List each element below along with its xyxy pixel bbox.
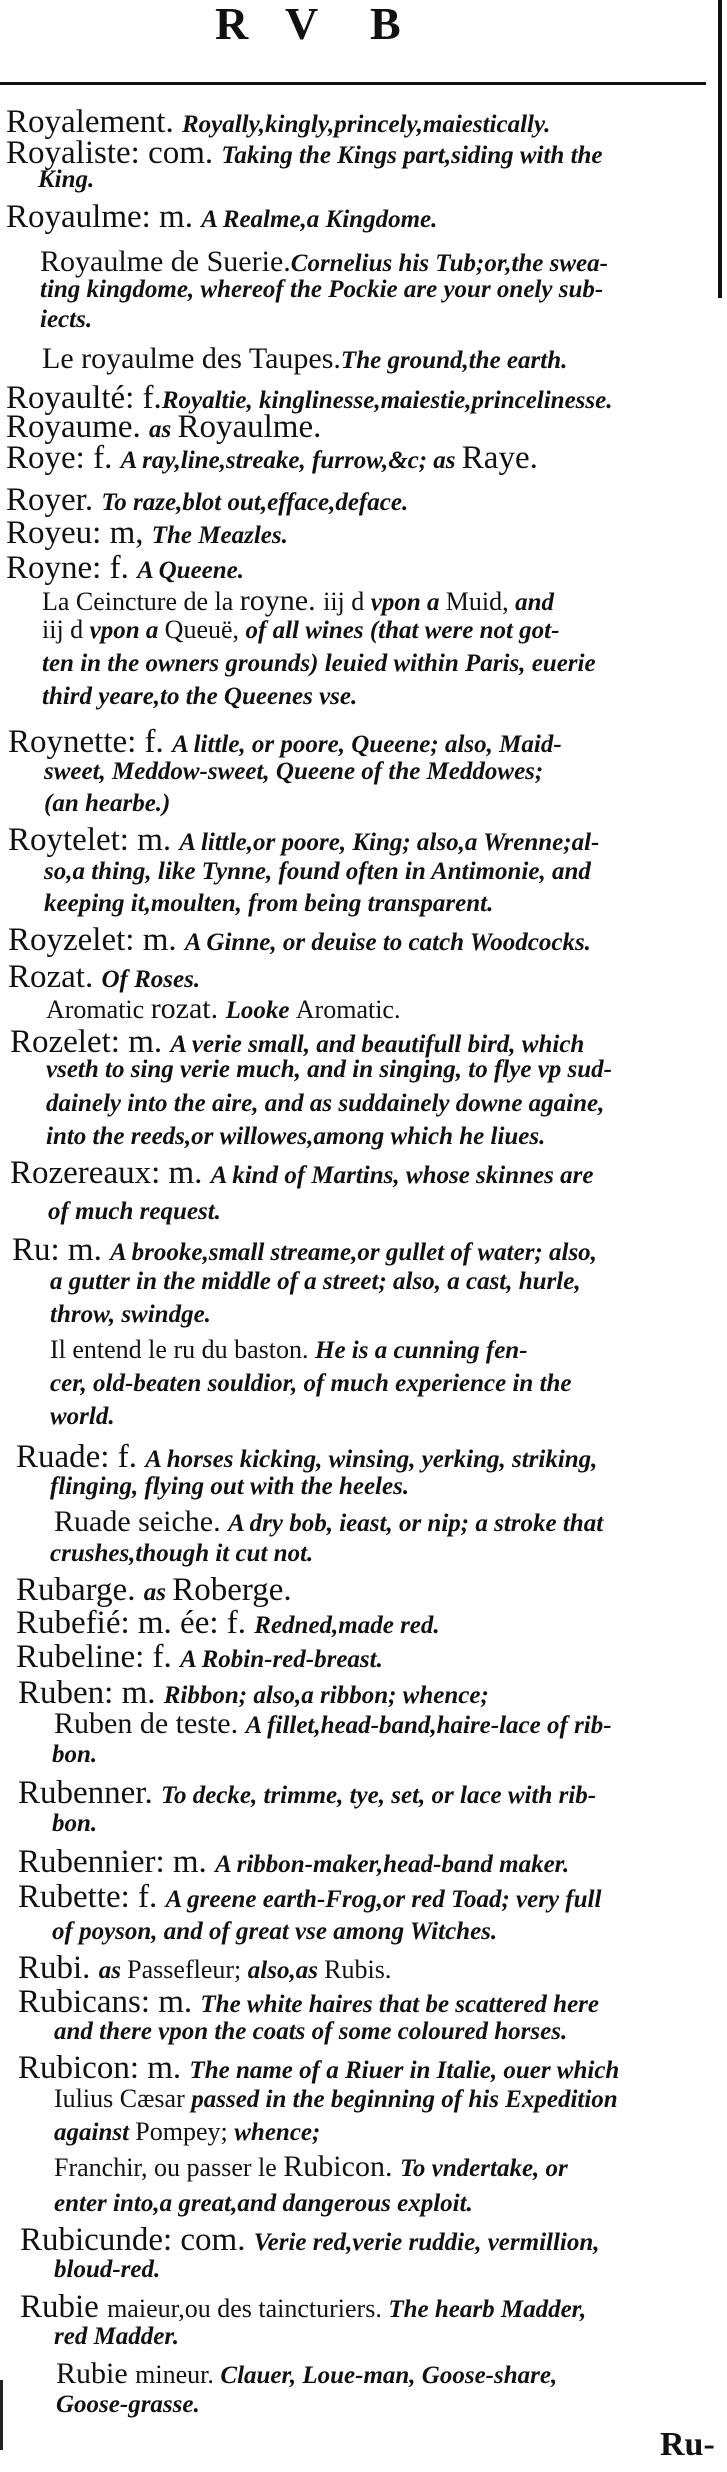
definition-text: keeping it,moulten, from being transpare… bbox=[44, 890, 493, 917]
headword: Rozat. bbox=[8, 959, 101, 995]
definition-text: of much request. bbox=[48, 1198, 221, 1225]
definition-text: vseth to sing verie much, and in singing… bbox=[46, 1056, 612, 1083]
headword: Royne: f. bbox=[6, 550, 137, 586]
dictionary-line: Roytelet: m. A little,or poore, King; al… bbox=[8, 824, 599, 857]
french-text: iij d bbox=[323, 587, 371, 616]
definition-text: as bbox=[144, 1579, 172, 1606]
french-text: Franchir, ou passer le bbox=[54, 2153, 283, 2182]
definition-text: A fillet,head-band,haire-lace of rib- bbox=[246, 1712, 612, 1739]
dictionary-line: Ruben: m. Ribbon; also,a ribbon; whence; bbox=[18, 1677, 489, 1710]
dictionary-line: bon. bbox=[52, 1811, 97, 1836]
french-text: Queuë, bbox=[165, 615, 246, 644]
dictionary-line: Rubefié: m. ée: f. Redned,made red. bbox=[16, 1607, 440, 1640]
definition-text: The ground,the earth. bbox=[341, 347, 567, 374]
running-head-letter: V bbox=[285, 2, 318, 46]
definition-text: and bbox=[515, 589, 554, 616]
dictionary-line: keeping it,moulten, from being transpare… bbox=[44, 891, 493, 916]
definition-text: A ribbon-maker,head-band maker. bbox=[215, 1851, 569, 1878]
dictionary-line: iects. bbox=[40, 307, 92, 332]
definition-text: A little,or poore, King; also,a Wrenne;a… bbox=[179, 829, 599, 856]
french-text: Aromatic. bbox=[296, 995, 401, 1024]
dictionary-line: Rubennier: m. A ribbon-maker,head-band m… bbox=[18, 1846, 569, 1879]
definition-text: bon. bbox=[52, 1741, 97, 1768]
dictionary-line: sweet, Meddow-sweet, Queene of the Meddo… bbox=[44, 759, 543, 784]
dictionary-line: bloud-red. bbox=[54, 2257, 160, 2282]
definition-text: Looke bbox=[226, 997, 296, 1024]
dictionary-line: of poyson, and of great vse among Witche… bbox=[52, 1919, 497, 1944]
definition-text: of poyson, and of great vse among Witche… bbox=[52, 1918, 497, 1945]
definition-text: A greene earth-Frog,or red Toad; very fu… bbox=[166, 1886, 602, 1913]
headword: Royzelet: m. bbox=[8, 922, 185, 958]
headword: Rubeline: f. bbox=[16, 1639, 180, 1675]
definition-text: A horses kicking, winsing, yerking, stri… bbox=[145, 1446, 597, 1473]
definition-text: Royally,kingly,princely,maiestically. bbox=[182, 111, 550, 138]
dictionary-line: Ruade: f. A horses kicking, winsing, yer… bbox=[16, 1441, 597, 1474]
headword: Rubefié: m. ée: f. bbox=[16, 1605, 254, 1641]
definition-text: He is a cunning fen- bbox=[315, 1337, 528, 1364]
dictionary-line: Rubicans: m. The white haires that be sc… bbox=[18, 1986, 599, 2019]
headword: rozat. bbox=[151, 992, 226, 1025]
definition-text: enter into,a great,and dangerous exploit… bbox=[54, 2190, 473, 2217]
dictionary-line: Ruben de teste. A fillet,head-band,haire… bbox=[54, 1709, 612, 1739]
dictionary-page: R V B Royalement. Royally,kingly,princel… bbox=[0, 0, 727, 2472]
definition-text: A dry bob, ieast, or nip; a stroke that bbox=[228, 1510, 603, 1537]
headword: Raye. bbox=[462, 440, 538, 476]
definition-text: into the reeds,or willowes,among which h… bbox=[46, 1123, 545, 1150]
definition-text: so,a thing, like Tynne, found often in A… bbox=[44, 858, 591, 885]
definition-text: King. bbox=[38, 166, 94, 193]
dictionary-line: Iulius Cæsar passed in the beginning of … bbox=[54, 2086, 618, 2112]
definition-text: A Queene. bbox=[137, 557, 244, 584]
definition-text: whence; bbox=[234, 2119, 320, 2146]
dictionary-line: cer, old-beaten souldior, of much experi… bbox=[50, 1371, 572, 1396]
definition-text: A kind of Martins, whose skinnes are bbox=[211, 1162, 594, 1189]
dictionary-line: Roye: f. A ray,line,streake, furrow,&c; … bbox=[6, 442, 538, 475]
definition-text: Clauer, Loue-man, Goose-share, bbox=[220, 2362, 557, 2389]
headword: Royaulme de Suerie. bbox=[40, 245, 291, 278]
dictionary-line: flinging, flying out with the heeles. bbox=[50, 1474, 409, 1499]
definition-text: Of Roses. bbox=[101, 966, 200, 993]
french-text: Pompey; bbox=[135, 2117, 234, 2146]
dictionary-line: Rubeline: f. A Robin-red-breast. bbox=[16, 1641, 383, 1674]
dictionary-line: of much request. bbox=[48, 1199, 221, 1224]
french-text: Iulius Cæsar bbox=[54, 2084, 191, 2113]
french-text: maieur,ou des taincturiers. bbox=[107, 2294, 388, 2323]
definition-text: Cornelius his Tub;or,the swea- bbox=[291, 250, 608, 277]
catchword: Ru- bbox=[660, 2428, 715, 2462]
dictionary-line: Royeu: m, The Meazles. bbox=[6, 517, 288, 550]
dictionary-line: world. bbox=[50, 1404, 115, 1429]
definition-text: A brooke,small streame,or gullet of wate… bbox=[110, 1239, 597, 1266]
running-head: R V B bbox=[200, 2, 420, 46]
dictionary-line: throw, swindge. bbox=[50, 1302, 211, 1327]
dictionary-line: and there vpon the coats of some coloure… bbox=[54, 2019, 567, 2044]
headword: Ruben de teste. bbox=[54, 1707, 246, 1740]
definition-text: against bbox=[54, 2119, 135, 2146]
definition-text: A ray,line,streake, furrow,&c; as bbox=[121, 447, 462, 474]
dictionary-line: Rozereaux: m. A kind of Martins, whose s… bbox=[10, 1157, 593, 1190]
headword: Royaulme. bbox=[177, 409, 321, 445]
dictionary-line: Franchir, ou passer le Rubicon. To vnder… bbox=[54, 2152, 568, 2182]
dictionary-line: vseth to sing verie much, and in singing… bbox=[46, 1057, 612, 1082]
dictionary-line: Rubicon: m. The name of a Riuer in Itali… bbox=[18, 2052, 619, 2085]
definition-text: A Ginne, or deuise to catch Woodcocks. bbox=[185, 929, 591, 956]
page-edge-left bbox=[0, 2380, 3, 2450]
definition-text: The name of a Riuer in Italie, ouer whic… bbox=[189, 2057, 619, 2084]
definition-text: bon. bbox=[52, 1810, 97, 1837]
definition-text: To raze,blot out,efface,deface. bbox=[101, 489, 408, 516]
french-text: Muid, bbox=[446, 587, 515, 616]
dictionary-line: Rozelet: m. A verie small, and beautiful… bbox=[10, 1026, 584, 1059]
dictionary-line: iij d vpon a Queuë, of all wines (that w… bbox=[42, 617, 559, 643]
definition-text: A verie small, and beautifull bird, whic… bbox=[170, 1031, 584, 1058]
definition-text: crushes,though it cut not. bbox=[50, 1540, 313, 1567]
headword: Roye: f. bbox=[6, 440, 121, 476]
french-text: Il entend le ru du baston. bbox=[50, 1335, 315, 1364]
header-rule bbox=[0, 82, 706, 85]
french-text: La Ceincture de la bbox=[42, 587, 240, 616]
dictionary-line: bon. bbox=[52, 1742, 97, 1767]
headword: Rubicon. bbox=[283, 2150, 400, 2183]
headword: Roynette: f. bbox=[8, 724, 172, 760]
headword: Rubicans: m. bbox=[18, 1984, 200, 2020]
definition-text: iects. bbox=[40, 306, 92, 333]
definition-text: A Robin-red-breast. bbox=[180, 1646, 383, 1673]
definition-text: dainely into the aire, and as suddainely… bbox=[46, 1090, 604, 1117]
definition-text: as bbox=[99, 1957, 127, 1984]
page-edge-right bbox=[718, 0, 722, 298]
dictionary-line: La Ceincture de la royne. iij d vpon a M… bbox=[42, 586, 554, 616]
definition-text: A little, or poore, Queene; also, Maid- bbox=[172, 731, 562, 758]
dictionary-line: a gutter in the middle of a street; also… bbox=[50, 1269, 581, 1294]
dictionary-line: Rubarge. as Roberge. bbox=[16, 1574, 292, 1607]
headword: Roberge. bbox=[172, 1572, 291, 1608]
definition-text: Taking the Kings part,siding with the bbox=[221, 142, 602, 169]
headword: Rozereaux: m. bbox=[10, 1155, 211, 1191]
definition-text: sweet, Meddow-sweet, Queene of the Meddo… bbox=[44, 758, 543, 785]
dictionary-line: into the reeds,or willowes,among which h… bbox=[46, 1124, 545, 1149]
dictionary-line: (an hearbe.) bbox=[44, 791, 170, 816]
dictionary-line: red Madder. bbox=[54, 2324, 179, 2349]
headword: Ruade: f. bbox=[16, 1439, 145, 1475]
dictionary-line: Rubicunde: com. Verie red,verie ruddie, … bbox=[20, 2224, 600, 2257]
definition-text: of all wines (that were not got- bbox=[246, 617, 560, 644]
headword: Rubicunde: com. bbox=[20, 2222, 254, 2258]
french-text: iij d bbox=[42, 615, 90, 644]
dictionary-line: Roynette: f. A little, or poore, Queene;… bbox=[8, 726, 562, 759]
headword: Rozelet: m. bbox=[10, 1024, 170, 1060]
dictionary-line: King. bbox=[38, 167, 94, 192]
definition-text: and there vpon the coats of some coloure… bbox=[54, 2018, 567, 2045]
headword: Rubarge. bbox=[16, 1572, 144, 1608]
dictionary-line: enter into,a great,and dangerous exploit… bbox=[54, 2191, 473, 2216]
definition-text: passed in the beginning of his Expeditio… bbox=[191, 2086, 617, 2113]
definition-text: ting kingdome, whereof the Pockie are yo… bbox=[40, 276, 603, 303]
dictionary-line: Rubette: f. A greene earth-Frog,or red T… bbox=[18, 1881, 601, 1914]
french-text: Aromatic bbox=[46, 995, 151, 1024]
definition-text: To vndertake, or bbox=[400, 2155, 568, 2182]
headword: Royeu: m, bbox=[6, 515, 152, 551]
headword: Royer. bbox=[6, 482, 101, 518]
headword: Rubennier: m. bbox=[18, 1844, 215, 1880]
definition-text: world. bbox=[50, 1403, 115, 1430]
dictionary-line: Royer. To raze,blot out,efface,deface. bbox=[6, 484, 408, 517]
definition-text: bloud-red. bbox=[54, 2256, 160, 2283]
headword: Le royaulme des Taupes. bbox=[42, 342, 341, 375]
dictionary-line: Ru: m. A brooke,small streame,or gullet … bbox=[12, 1234, 597, 1267]
dictionary-line: Royne: f. A Queene. bbox=[6, 552, 244, 585]
dictionary-line: third yeare,to the Queenes vse. bbox=[42, 684, 357, 709]
french-text: Rubis. bbox=[324, 1955, 391, 1984]
definition-text: A Realme,a Kingdome. bbox=[201, 206, 437, 233]
definition-text: throw, swindge. bbox=[50, 1301, 211, 1328]
headword: Royaulme: m. bbox=[6, 199, 201, 235]
definition-text: ten in the owners grounds) leuied within… bbox=[42, 650, 596, 677]
dictionary-line: against Pompey; whence; bbox=[54, 2119, 320, 2145]
definition-text: Redned,made red. bbox=[254, 1612, 439, 1639]
headword: Rubette: f. bbox=[18, 1879, 166, 1915]
dictionary-line: Ruade seiche. A dry bob, ieast, or nip; … bbox=[54, 1507, 603, 1537]
definition-text: a gutter in the middle of a street; also… bbox=[50, 1268, 581, 1295]
definition-text: vpon a bbox=[90, 617, 165, 644]
definition-text: To decke, trimme, tye, set, or lace with… bbox=[161, 1782, 596, 1809]
dictionary-line: dainely into the aire, and as suddainely… bbox=[46, 1091, 604, 1116]
dictionary-line: Rozat. Of Roses. bbox=[8, 961, 200, 994]
definition-text: Ribbon; also,a ribbon; whence; bbox=[164, 1682, 489, 1709]
definition-text: flinging, flying out with the heeles. bbox=[50, 1473, 409, 1500]
definition-text: The hearb Madder, bbox=[388, 2296, 586, 2323]
definition-text: third yeare,to the Queenes vse. bbox=[42, 683, 357, 710]
dictionary-line: crushes,though it cut not. bbox=[50, 1541, 313, 1566]
dictionary-line: Goose-grasse. bbox=[56, 2392, 200, 2417]
definition-text: The Meazles. bbox=[152, 522, 288, 549]
dictionary-line: so,a thing, like Tynne, found often in A… bbox=[44, 859, 591, 884]
dictionary-line: Aromatic rozat. Looke Aromatic. bbox=[46, 994, 400, 1024]
definition-text: red Madder. bbox=[54, 2323, 179, 2350]
headword: Ruben: m. bbox=[18, 1675, 164, 1711]
headword: Rubi. bbox=[18, 1950, 99, 1986]
headword: Rubicon: m. bbox=[18, 2050, 189, 2086]
dictionary-line: Rubie mineur. Clauer, Loue-man, Goose-sh… bbox=[56, 2359, 557, 2389]
dictionary-line: Royzelet: m. A Ginne, or deuise to catch… bbox=[8, 924, 591, 957]
definition-text: also,as bbox=[248, 1957, 324, 1984]
definition-text: as bbox=[149, 416, 177, 443]
dictionary-line: ting kingdome, whereof the Pockie are yo… bbox=[40, 277, 603, 302]
definition-text: Goose-grasse. bbox=[56, 2391, 200, 2418]
french-text: mineur. bbox=[135, 2360, 220, 2389]
definition-text: (an hearbe.) bbox=[44, 790, 170, 817]
dictionary-line: Royaliste: com. Taking the Kings part,si… bbox=[6, 137, 603, 170]
headword: Ruade seiche. bbox=[54, 1505, 228, 1538]
running-head-letter: B bbox=[370, 2, 401, 46]
dictionary-line: Le royaulme des Taupes.The ground,the ea… bbox=[42, 344, 567, 374]
headword: Roytelet: m. bbox=[8, 822, 179, 858]
definition-text: Verie red,verie ruddie, vermillion, bbox=[254, 2229, 600, 2256]
definition-text: cer, old-beaten souldior, of much experi… bbox=[50, 1370, 572, 1397]
headword: Ru: m. bbox=[12, 1232, 110, 1268]
french-text: Passefleur; bbox=[127, 1955, 248, 1984]
definition-text: The white haires that be scattered here bbox=[200, 1991, 599, 2018]
definition-text: vpon a bbox=[371, 589, 446, 616]
dictionary-line: Rubie maieur,ou des taincturiers. The he… bbox=[20, 2291, 586, 2324]
dictionary-line: ten in the owners grounds) leuied within… bbox=[42, 651, 596, 676]
headword: Rubenner. bbox=[18, 1775, 161, 1811]
headword: Rubie bbox=[20, 2289, 107, 2325]
dictionary-line: Rubenner. To decke, trimme, tye, set, or… bbox=[18, 1777, 596, 1810]
dictionary-line: Royaulme: m. A Realme,a Kingdome. bbox=[6, 201, 437, 234]
dictionary-line: Il entend le ru du baston. He is a cunni… bbox=[50, 1337, 528, 1363]
dictionary-line: Rubi. as Passefleur; also,as Rubis. bbox=[18, 1952, 391, 1985]
dictionary-line: Royaulme de Suerie.Cornelius his Tub;or,… bbox=[40, 247, 608, 277]
running-head-letter: R bbox=[215, 2, 248, 46]
headword: Rubie bbox=[56, 2357, 135, 2390]
headword: royne. bbox=[240, 584, 323, 617]
